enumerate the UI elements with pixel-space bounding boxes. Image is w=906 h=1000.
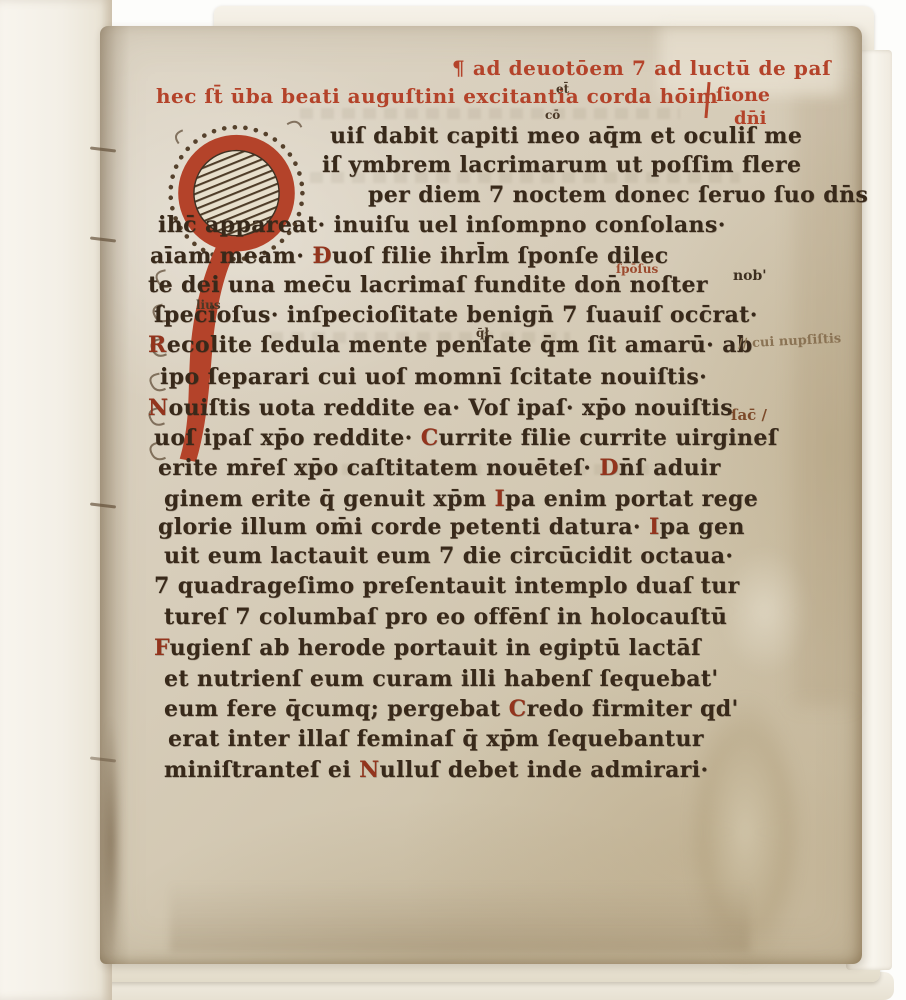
- text-segment: ulluſ debet inde admirari·: [380, 757, 709, 783]
- text-line: erite mr̄eſ xp̄o caſtitatem nouēteſ· Dn̄…: [148, 455, 721, 481]
- text-segment: 7 quadrageſimo preſentauit intemplo duaſ…: [154, 573, 740, 599]
- rubricated-initial: N: [148, 395, 169, 421]
- text-segment: iſ ymbrem lacrimarum ut poſſim flere: [322, 152, 801, 178]
- rubricated-initial: I: [649, 514, 660, 540]
- text-segment: tureſ 7 columbaſ pro eo offēnſ in holoca…: [164, 604, 727, 630]
- rubricated-initial: N: [359, 757, 380, 783]
- text-line: ipo ſeparari cui uoſ momnī ſcitate nouiſ…: [148, 364, 707, 390]
- text-segment: uoſ ipaſ xp̄o reddite·: [154, 425, 421, 451]
- text-line: eum fere q̄cumq; pergebat Credo firmiter…: [148, 696, 739, 722]
- text-segment: erat inter illaſ feminaſ q̄ xp̄m ſequeba…: [168, 726, 704, 752]
- text-line: glorie illum om̄i corde petenti datura· …: [148, 514, 745, 540]
- text-line: erat inter illaſ feminaſ q̄ xp̄m ſequeba…: [148, 726, 704, 752]
- margin-note: nob': [733, 268, 767, 284]
- text-line: ſpecioſus· inſpecioſitate benign̄ 7 ſuau…: [148, 302, 758, 328]
- rubricated-initial: C: [509, 696, 527, 722]
- text-segment: ugienſ ab herode portauit in egiptū lact…: [170, 635, 701, 661]
- text-segment: et nutrienſ eum curam illi habenſ ſequeb…: [164, 666, 719, 692]
- interlinear-gloss: ſpōſus: [616, 262, 658, 276]
- interlinear-gloss: lius: [196, 298, 221, 312]
- text-segment: aīam meam·: [150, 243, 312, 269]
- rubricated-initial: I: [494, 486, 505, 512]
- rubricated-initial: Ð: [312, 243, 332, 269]
- text-line: ihc̄ appareat· inuiſu uel inſompno conſo…: [148, 212, 726, 238]
- text-segment: ſpecioſus· inſpecioſitate benign̄ 7 ſuau…: [154, 302, 758, 328]
- text-block: uiſ dabit capiti meo aq̄m et oculiſ meiſ…: [148, 26, 808, 886]
- fold-shadow: [170, 882, 750, 952]
- text-segment: redo firmiter qd': [527, 696, 739, 722]
- rubricated-initial: D: [599, 455, 618, 481]
- text-segment: per diem 7 noctem donec ſeruo ſuo dn̄s: [368, 182, 868, 208]
- text-line: Recolite ſedula mente penſate q̄m ſit am…: [148, 332, 753, 358]
- interlinear-gloss: et̄: [556, 82, 569, 96]
- rubricated-initial: R: [148, 332, 167, 358]
- text-line: uoſ ipaſ xp̄o reddite· Currite filie cur…: [148, 425, 778, 451]
- text-segment: ecolite ſedula mente penſate q̄m ſit ama…: [167, 332, 753, 358]
- text-segment: pa enim portat rege: [505, 486, 758, 512]
- text-segment: ipo ſeparari cui uoſ momnī ſcitate nouiſ…: [160, 364, 707, 390]
- text-segment: n̄ſ aduir: [619, 455, 721, 481]
- text-segment: eum fere q̄cumq; pergebat: [164, 696, 509, 722]
- text-segment: urrite filie currite uirgineſ: [439, 425, 778, 451]
- text-segment: ouiſtis uota reddite ea· Voſ ipaſ· xp̄o …: [169, 395, 734, 421]
- text-line: aīam meam· Ðuoſ filie ihrl̄m ſponſe dile…: [148, 243, 669, 269]
- margin-note: ſac̄ /: [731, 406, 767, 424]
- text-segment: ihc̄ appareat· inuiſu uel inſompno conſo…: [158, 212, 726, 238]
- interlinear-gloss: q̄ł: [476, 326, 489, 340]
- text-line: ginem erite q̄ genuit xp̄m Ipa enim port…: [148, 486, 758, 512]
- text-line: per diem 7 noctem donec ſeruo ſuo dn̄s: [148, 182, 868, 208]
- interlinear-gloss: cō: [545, 108, 560, 122]
- text-segment: miniſtranteſ ei: [164, 757, 359, 783]
- manuscript-leaf: Q ¶ ad deuotōem 7 ad luctū de paſ hec ſt…: [100, 26, 862, 964]
- text-line: Fugienſ ab herode portauit in egiptū lac…: [148, 635, 701, 661]
- text-segment: erite mr̄eſ xp̄o caſtitatem nouēteſ·: [158, 455, 599, 481]
- text-segment: glorie illum om̄i corde petenti datura·: [158, 514, 649, 540]
- text-line: miniſtranteſ ei Nulluſ debet inde admira…: [148, 757, 709, 783]
- text-segment: uit eum lactauit eum 7 die circūcidit oc…: [164, 543, 733, 569]
- rubricated-initial: C: [421, 425, 439, 451]
- text-line: et nutrienſ eum curam illi habenſ ſequeb…: [148, 666, 719, 692]
- gutter-grime: [100, 716, 122, 966]
- text-segment: ginem erite q̄ genuit xp̄m: [164, 486, 494, 512]
- text-segment: pa gen: [660, 514, 745, 540]
- text-line: tureſ 7 columbaſ pro eo offēnſ in holoca…: [148, 604, 727, 630]
- photograph-of-open-manuscript: Q ¶ ad deuotōem 7 ad luctū de paſ hec ſt…: [0, 0, 906, 1000]
- text-line: Nouiſtis uota reddite ea· Voſ ipaſ· xp̄o…: [148, 395, 733, 421]
- rubricated-initial: F: [154, 635, 170, 661]
- text-line: uit eum lactauit eum 7 die circūcidit oc…: [148, 543, 733, 569]
- text-line: iſ ymbrem lacrimarum ut poſſim flere: [148, 152, 801, 178]
- text-line: uiſ dabit capiti meo aq̄m et oculiſ me: [148, 123, 802, 149]
- text-line: 7 quadrageſimo preſentauit intemplo duaſ…: [148, 573, 740, 599]
- text-segment: uiſ dabit capiti meo aq̄m et oculiſ me: [330, 123, 802, 149]
